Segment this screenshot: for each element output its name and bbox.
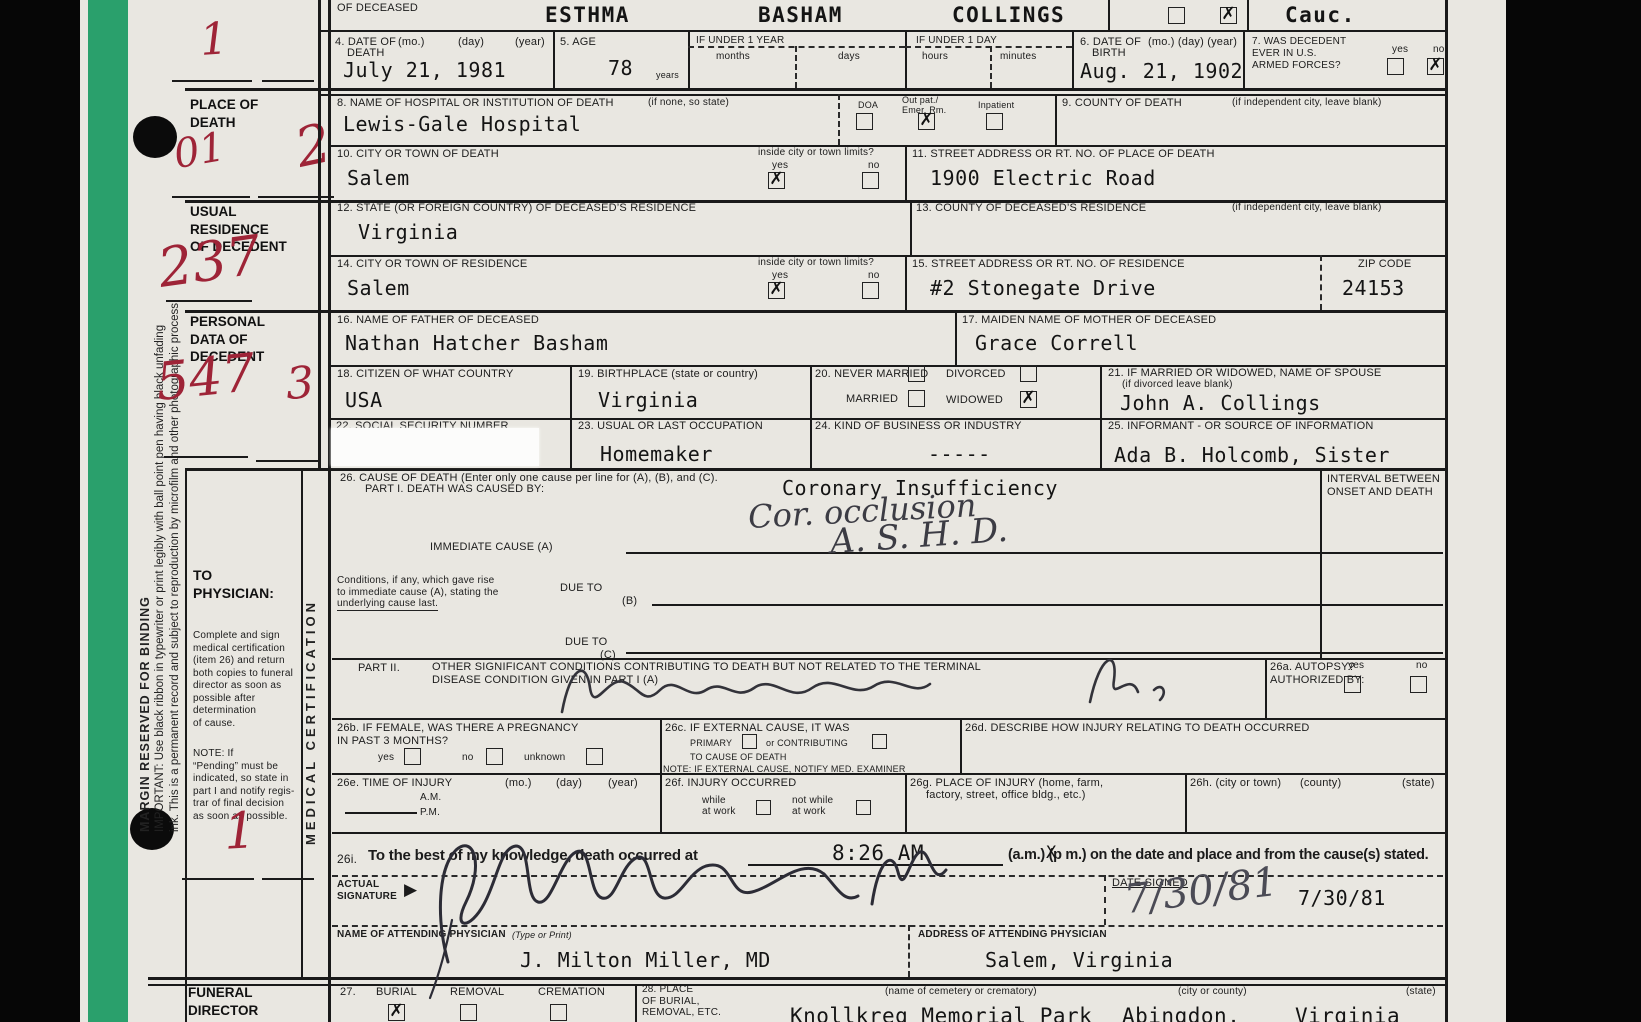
to-physician-note: Complete and sign medical certification … xyxy=(193,630,293,730)
minutes-label: minutes xyxy=(1000,51,1036,62)
field19-label: 19. BIRTHPLACE (state or country) xyxy=(578,368,758,380)
burial-state-value: Virginia xyxy=(1295,1004,1400,1022)
pregnancy-yes-label: yes xyxy=(378,752,394,763)
field26f-label: 26f. INJURY OCCURRED xyxy=(665,777,796,789)
rule xyxy=(185,468,187,1022)
date-of-birth-value: Aug. 21, 1902 xyxy=(1080,59,1243,83)
sex-checkbox-2 xyxy=(1220,7,1237,24)
field5-label: 5. AGE xyxy=(560,36,596,48)
hours-label: hours xyxy=(922,51,948,62)
rule xyxy=(1108,0,1110,30)
clerk-line xyxy=(258,196,334,198)
field4-day-hint: (day) xyxy=(458,36,484,48)
field14-limits-label: inside city or town limits? xyxy=(758,257,874,268)
burial-label: BURIAL xyxy=(376,986,417,998)
physician-name-label: NAME OF ATTENDING PHYSICIAN xyxy=(337,929,506,940)
field7-label: 7. WAS DECEDENT EVER IN U.S. ARMED FORCE… xyxy=(1252,36,1346,72)
field21-label: 21. IF MARRIED OR WIDOWED, NAME OF SPOUS… xyxy=(1108,367,1381,379)
widowed-checkbox xyxy=(1020,391,1037,408)
age-value: 78 xyxy=(608,56,633,80)
field28-hint3: (state) xyxy=(1406,986,1436,997)
residence-limits-no-checkbox xyxy=(862,282,879,299)
mother-name-value: Grace Correll xyxy=(975,331,1138,355)
field26e-year: (year) xyxy=(608,777,638,789)
burial-checkbox xyxy=(388,1004,405,1021)
clerk-line xyxy=(164,456,248,458)
while-at-work-label: while at work xyxy=(702,795,736,817)
race-value: Cauc. xyxy=(1285,3,1356,27)
zip-value: 24153 xyxy=(1342,276,1405,300)
c-label: (C) xyxy=(600,649,616,661)
inpatient-checkbox xyxy=(986,113,1003,130)
armed-forces-yes-checkbox xyxy=(1387,58,1404,75)
rule xyxy=(148,977,1445,980)
not-while-at-work-checkbox xyxy=(856,800,871,815)
pregnancy-no-checkbox xyxy=(486,748,503,765)
field20-divorced-label: DIVORCED xyxy=(946,368,1006,380)
field13-label: 13. COUNTY OF DECEASED’S RESIDENCE xyxy=(916,202,1146,214)
field26c-label: 26c. IF EXTERNAL CAUSE, IT WAS xyxy=(665,722,850,734)
cremation-checkbox xyxy=(550,1004,567,1021)
section-place-of-death: PLACE OF DEATH xyxy=(190,96,258,131)
physician-name-hint: (Type or Print) xyxy=(512,930,572,940)
residence-state-value: Virginia xyxy=(358,220,458,244)
autopsy-yes-checkbox xyxy=(1344,676,1361,693)
clerk-line xyxy=(262,878,314,880)
field9-hint: (if independent city, leave blank) xyxy=(1232,97,1381,108)
field26d-label: 26d. DESCRIBE HOW INJURY RELATING TO DEA… xyxy=(965,722,1310,734)
not-while-at-work-label: not while at work xyxy=(792,795,833,817)
field20-married-label: MARRIED xyxy=(846,393,898,405)
business-value: ----- xyxy=(928,442,991,466)
residence-street-value: #2 Stonegate Drive xyxy=(930,276,1156,300)
green-binding-stripe xyxy=(88,0,128,1022)
city-of-death-value: Salem xyxy=(347,166,410,190)
rule xyxy=(905,145,907,200)
field26a-label: 26a. AUTOPSY? xyxy=(1270,661,1355,673)
am-label: A.M. xyxy=(420,792,441,803)
inpatient-label: Inpatient xyxy=(978,100,1014,110)
rule xyxy=(660,718,662,832)
rule xyxy=(910,200,912,255)
field6-label2: BIRTH xyxy=(1092,47,1126,59)
b-label: (B) xyxy=(622,595,637,607)
rule xyxy=(185,468,1445,471)
rule xyxy=(330,255,1445,257)
field26h-state: (state) xyxy=(1402,777,1435,789)
death-time-value: 8:26 AM xyxy=(832,841,924,865)
red-mark-bottom: 1 xyxy=(223,801,258,861)
rule xyxy=(553,30,555,88)
field18-label: 18. CITIZEN OF WHAT COUNTRY xyxy=(337,368,514,380)
field20-widowed-label: WIDOWED xyxy=(946,394,1003,406)
binding-margin-title: MARGIN RESERVED FOR BINDING xyxy=(138,160,153,832)
field6-mdy-hint: (mo.) (day) (year) xyxy=(1148,36,1237,48)
field26e-mo: (mo.) xyxy=(505,777,532,789)
conditions-underline-note: underlying cause last. xyxy=(337,598,438,611)
deceased-first-name: ESTHMA xyxy=(545,3,630,27)
autopsy-no-checkbox xyxy=(1410,676,1427,693)
pm-strike-x: X xyxy=(1046,843,1057,863)
married-checkbox xyxy=(908,390,925,407)
actual-signature-label: ACTUAL SIGNATURE xyxy=(337,879,397,903)
death-limits-yes-checkbox xyxy=(768,172,785,189)
clerk-line xyxy=(256,460,318,462)
field7-no-label: no xyxy=(1433,44,1445,55)
autopsy-yes-label: yes xyxy=(1348,660,1364,671)
doa-label: DOA xyxy=(858,100,878,110)
cause-b-line xyxy=(652,604,1443,606)
cremation-label: CREMATION xyxy=(538,986,605,998)
field26i-suffix: (a.m.) (p m.) on the date and place and … xyxy=(1008,847,1428,863)
red-mark-place-a: 01 xyxy=(170,124,228,178)
rule-dashed xyxy=(332,925,1443,927)
rule-dashed xyxy=(908,925,910,977)
physician-addr-label: ADDRESS OF ATTENDING PHYSICIAN xyxy=(918,929,1107,940)
due-to-b-label: DUE TO xyxy=(560,582,602,594)
field26g-label2: factory, street, office bldg., etc.) xyxy=(926,789,1086,801)
divorced-checkbox xyxy=(1020,365,1037,382)
sex-checkbox-1 xyxy=(1168,7,1185,24)
field23-label: 23. USUAL OR LAST OCCUPATION xyxy=(578,420,763,432)
pregnancy-yes-checkbox xyxy=(404,748,421,765)
rule xyxy=(1055,94,1057,145)
rule xyxy=(1072,30,1074,88)
contributing-label: or CONTRIBUTING xyxy=(766,738,848,748)
rule xyxy=(332,832,1445,834)
rule xyxy=(301,468,303,977)
field26c-note: NOTE: IF EXTERNAL CAUSE, NOTIFY MED. EXA… xyxy=(663,764,906,774)
field26i-num: 26i. xyxy=(337,852,357,866)
occupation-value: Homemaker xyxy=(600,442,713,466)
if-under-1-year-label: IF UNDER 1 YEAR xyxy=(696,35,784,46)
armed-forces-no-checkbox xyxy=(1427,58,1444,75)
rule xyxy=(330,145,1445,147)
ssn-redaction-box xyxy=(331,428,539,466)
field28-hint1: (name of cemetery or crematory) xyxy=(885,986,1037,997)
burial-city-value: Abingdon, xyxy=(1122,1004,1240,1022)
field26g-label: 26g. PLACE OF INJURY (home, farm, xyxy=(910,777,1103,789)
contributing-checkbox xyxy=(872,734,887,749)
death-certificate-scan: MARGIN RESERVED FOR BINDING IMPORTANT: U… xyxy=(0,0,1641,1022)
pregnancy-no-label: no xyxy=(462,752,474,763)
days-label: days xyxy=(838,51,860,62)
rule-dashed xyxy=(905,46,1072,48)
field25-label: 25. INFORMANT - OR SOURCE OF INFORMATION xyxy=(1108,420,1374,432)
primary-label: PRIMARY xyxy=(690,738,732,748)
rule xyxy=(185,310,1445,313)
name-of-deceased-label-stub: OF DECEASED xyxy=(337,2,418,14)
immediate-cause-label: IMMEDIATE CAUSE (A) xyxy=(430,541,553,553)
red-mark-personal-a: 547 xyxy=(153,343,258,413)
rule-dashed xyxy=(1104,875,1106,925)
informant-value: Ada B. Holcomb, Sister xyxy=(1114,443,1390,467)
rule xyxy=(318,0,321,468)
residence-city-value: Salem xyxy=(347,276,410,300)
cemetery-value: Knollkreg Memorial Park xyxy=(790,1004,1092,1022)
clerk-line xyxy=(172,80,252,82)
field26e-label: 26e. TIME OF INJURY xyxy=(337,777,452,789)
field24-label: 24. KIND OF BUSINESS OR INDUSTRY xyxy=(815,420,1022,432)
death-street-value: 1900 Electric Road xyxy=(930,166,1156,190)
field8-label: 8. NAME OF HOSPITAL OR INSTITUTION OF DE… xyxy=(337,97,614,109)
rule xyxy=(1265,658,1267,718)
field9-label: 9. COUNTY OF DEATH xyxy=(1062,97,1182,109)
field28-hint2: (city or county) xyxy=(1178,986,1247,997)
physician-addr-value: Salem, Virginia xyxy=(985,948,1173,972)
field10-label: 10. CITY OR TOWN OF DEATH xyxy=(337,148,499,160)
date-of-death-value: July 21, 1981 xyxy=(343,58,506,82)
to-cause-label: TO CAUSE OF DEATH xyxy=(690,752,787,762)
rule xyxy=(1320,468,1322,658)
due-to-c-label: DUE TO xyxy=(565,636,607,648)
rule-dashed xyxy=(990,46,992,88)
rule xyxy=(185,88,1445,91)
field14-label: 14. CITY OR TOWN OF RESIDENCE xyxy=(337,258,527,270)
clerk-line xyxy=(166,300,252,302)
autopsy-no-label: no xyxy=(1416,660,1428,671)
rule-dashed xyxy=(795,46,797,88)
rule xyxy=(1100,365,1102,468)
clerk-line xyxy=(172,196,250,198)
conditions-note: Conditions, if any, which gave rise to i… xyxy=(337,575,499,599)
time-of-injury-line xyxy=(345,812,417,814)
rule xyxy=(1445,0,1448,1022)
cause-a-line xyxy=(626,552,1443,554)
field12-label: 12. STATE (OR FOREIGN COUNTRY) OF DECEAS… xyxy=(337,202,696,214)
rule xyxy=(1243,30,1245,88)
field13-hint: (if independent city, leave blank) xyxy=(1232,202,1381,213)
field7-yes-label: yes xyxy=(1392,44,1408,55)
rule xyxy=(570,365,572,468)
rule xyxy=(905,255,907,310)
rule xyxy=(332,658,1445,660)
pregnancy-unknown-checkbox xyxy=(586,748,603,765)
cause-c-line xyxy=(626,652,1443,654)
pregnancy-unknown-label: unknown xyxy=(524,752,565,763)
residence-limits-yes-checkbox xyxy=(768,282,785,299)
age-years-label: years xyxy=(656,70,679,80)
primary-checkbox xyxy=(742,734,757,749)
red-mark-top: 1 xyxy=(198,13,229,66)
rule xyxy=(332,718,1445,720)
rule xyxy=(1247,0,1249,30)
scan-black-right xyxy=(1506,0,1641,1022)
rule xyxy=(328,0,331,1022)
father-name-value: Nathan Hatcher Basham xyxy=(345,331,608,355)
rule-dashed xyxy=(838,94,840,145)
field26h-county: (county) xyxy=(1300,777,1341,789)
removal-label: REMOVAL xyxy=(450,986,504,998)
field28-label: 28. PLACE OF BURIAL, REMOVAL, ETC. xyxy=(642,984,721,1019)
outpat-checkbox xyxy=(918,113,935,130)
doa-checkbox xyxy=(856,113,873,130)
citizen-value: USA xyxy=(345,388,383,412)
field14-no-label: no xyxy=(868,270,880,281)
field26e-day: (day) xyxy=(556,777,582,789)
rule xyxy=(320,94,1445,96)
rule xyxy=(635,984,637,1022)
never-married-checkbox xyxy=(908,365,925,382)
if-under-1-day-label: IF UNDER 1 DAY xyxy=(916,35,997,46)
death-limits-no-checkbox xyxy=(862,172,879,189)
deceased-middle-name: BASHAM xyxy=(758,3,843,27)
field27-num: 27. xyxy=(340,986,356,998)
field26i-text: To the best of my knowledge, death occur… xyxy=(368,847,698,864)
interval-label: INTERVAL BETWEEN ONSET AND DEATH xyxy=(1327,473,1440,499)
hospital-value: Lewis-Gale Hospital xyxy=(343,112,581,136)
section-to-physician: TO PHYSICIAN: xyxy=(193,566,274,602)
field10-no-label: no xyxy=(868,160,880,171)
rule xyxy=(905,773,907,832)
field21-hint: (if divorced leave blank) xyxy=(1122,379,1233,390)
section-funeral-director: FUNERAL DIRECTOR xyxy=(188,984,258,1019)
rule xyxy=(688,30,690,88)
zip-label: ZIP CODE xyxy=(1358,258,1411,270)
part2-label: PART II. xyxy=(358,662,400,674)
signature-arrow-icon: ▶ xyxy=(404,880,417,900)
birthplace-value: Virginia xyxy=(598,388,698,412)
rule-dashed xyxy=(1320,255,1322,310)
red-mark-personal-b: 3 xyxy=(284,357,315,410)
rule xyxy=(320,30,1445,32)
pm-label: P.M. xyxy=(420,807,440,818)
while-at-work-checkbox xyxy=(756,800,771,815)
rule xyxy=(960,718,962,773)
rule xyxy=(905,30,907,88)
field8-hint: (if none, so state) xyxy=(648,97,729,108)
rule xyxy=(810,365,812,468)
months-label: months xyxy=(716,51,750,62)
date-signed-typed: 7/30/81 xyxy=(1298,886,1386,910)
field17-label: 17. MAIDEN NAME OF MOTHER OF DECEASED xyxy=(962,314,1216,326)
field4-year-hint: (year) xyxy=(515,36,545,48)
clerk-line xyxy=(182,878,254,880)
field15-label: 15. STREET ADDRESS OR RT. NO. OF RESIDEN… xyxy=(912,258,1185,270)
field16-label: 16. NAME OF FATHER OF DECEASED xyxy=(337,314,539,326)
rule xyxy=(955,310,957,365)
field10-limits-label: inside city or town limits? xyxy=(758,147,874,158)
field11-label: 11. STREET ADDRESS OR RT. NO. OF PLACE O… xyxy=(912,148,1215,160)
part2-text: OTHER SIGNIFICANT CONDITIONS CONTRIBUTIN… xyxy=(432,661,981,686)
field4-mo-hint: (mo.) xyxy=(398,36,425,48)
spouse-value: John A. Collings xyxy=(1120,391,1321,415)
field26-part1-label: PART I. DEATH WAS CAUSED BY: xyxy=(365,483,544,495)
deceased-last-name: COLLINGS xyxy=(952,3,1065,27)
medical-certification-vertical-label: MEDICAL CERTIFICATION xyxy=(303,472,331,972)
field26b-label: 26b. IF FEMALE, WAS THERE A PREGNANCY IN… xyxy=(337,722,579,747)
physician-name-value: J. Milton Miller, MD xyxy=(520,948,771,972)
clerk-line xyxy=(262,80,314,82)
removal-checkbox xyxy=(460,1004,477,1021)
field26h-label: 26h. (city or town) xyxy=(1190,777,1281,789)
rule xyxy=(1185,773,1187,832)
